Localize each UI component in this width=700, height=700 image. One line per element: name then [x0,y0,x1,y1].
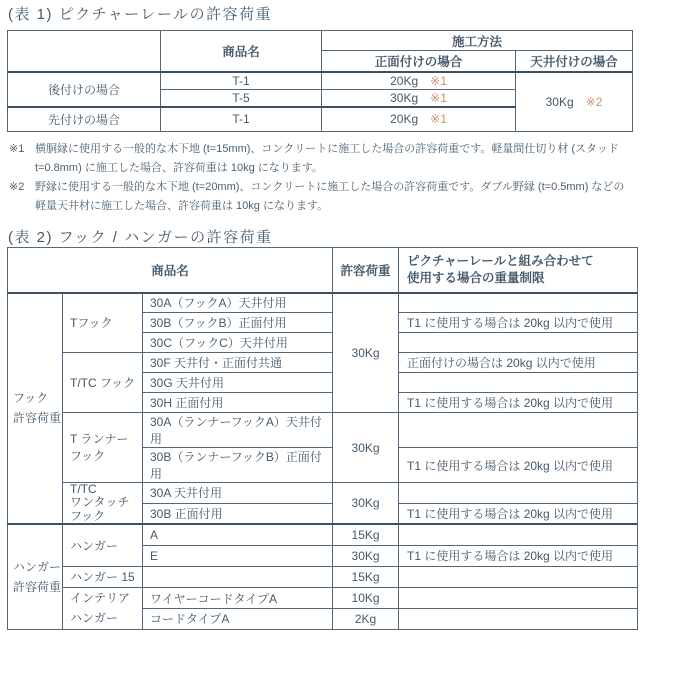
load-cell: 30Kg [333,545,399,566]
limit-cell [399,373,638,393]
limit-cell [399,566,638,587]
limit-cell: T1 に使用する場合は 20kg 以内で使用 [399,313,638,333]
subgroup-label: T/TC ワンタッチ フック [63,483,143,525]
footnote-ref: ※1 [430,112,447,126]
table1-product-cell: T-1 [161,72,322,90]
subgroup-label: Tフック [63,293,143,353]
product-cell: E [143,545,333,566]
product-cell: 30A 天井付用 [143,483,333,504]
limit-cell [399,587,638,608]
product-cell: 30G 天井付用 [143,373,333,393]
footnote-2: ※2 野縁に使用する一般的な木下地 (t=20mm)、コンクリートに施工した場合… [9,178,681,216]
product-cell: 30C（フックC）天井付用 [143,333,333,353]
product-cell [143,566,333,587]
table1-case-cell: 後付けの場合 [8,72,161,107]
footnote-text: 野縁に使用する一般的な木下地 (t=20mm)、コンクリートに施工した場合の許容… [35,178,681,216]
table2-title: (表 2) フック / ハンガーの許容荷重 [8,226,273,247]
limit-cell: T1 に使用する場合は 20kg 以内で使用 [399,393,638,413]
table2-limit-header: ピクチャーレールと組み合わせて 使用する場合の重量制限 [399,248,638,293]
limit-cell [399,524,638,545]
footnote-mark: ※2 [9,178,35,216]
table2-product-header: 商品名 [8,248,333,293]
product-cell: ワイヤーコードタイプA [143,587,333,608]
subgroup-label: T ランナー フック [63,413,143,483]
product-cell: 30A（フックA）天井付用 [143,293,333,313]
limit-cell: T1 に使用する場合は 20kg 以内で使用 [399,503,638,524]
footnote-1: ※1 横胴縁に使用する一般的な木下地 (t=15mm)、コンクリートに施工した場… [9,140,681,178]
table1-product-cell: T-1 [161,107,322,132]
product-cell: 30B（フックB）正面付用 [143,313,333,333]
hook-hanger-load-table: 商品名 許容荷重 ピクチャーレールと組み合わせて 使用する場合の重量制限 フック… [7,247,638,630]
limit-cell [399,413,638,448]
table1-front-value-cell: 30Kg ※1 [322,90,516,107]
limit-cell: T1 に使用する場合は 20kg 以内で使用 [399,545,638,566]
subgroup-label: ハンガー 15 [63,566,143,587]
product-cell: 30A（ランナーフックA）天井付用 [143,413,333,448]
table1-front-value-cell: 20Kg ※1 [322,107,516,132]
footnote-text: 横胴縁に使用する一般的な木下地 (t=15mm)、コンクリートに施工した場合の許… [35,140,681,178]
table1-case-cell: 先付けの場合 [8,107,161,132]
load-value: 20Kg [390,112,418,126]
load-value: 20Kg [390,74,418,88]
table1-front-value-cell: 20Kg ※1 [322,72,516,90]
product-cell: 30H 正面付用 [143,393,333,413]
product-cell: コードタイプA [143,609,333,629]
table1-product-cell: T-5 [161,90,322,107]
load-cell: 10Kg [333,587,399,608]
group-label-hanger: ハンガー 許容荷重 [8,524,63,629]
limit-cell [399,483,638,504]
limit-cell: 正面付けの場合は 20kg 以内で使用 [399,353,638,373]
footnote-ref: ※1 [430,91,447,105]
load-cell: 30Kg [333,413,399,483]
load-cell: 2Kg [333,609,399,629]
footnote-ref: ※2 [586,95,603,109]
footnote-ref: ※1 [430,74,447,88]
load-value: 30Kg [390,91,418,105]
footnote-mark: ※1 [9,140,35,178]
subgroup-label: ハンガー [63,524,143,566]
table1-title: (表 1) ピクチャーレールの許容荷重 [8,3,272,24]
product-cell: 30B（ランナーフックB）正面付用 [143,448,333,483]
load-cell: 30Kg [333,293,399,413]
table2-load-header: 許容荷重 [333,248,399,293]
product-cell: 30B 正面付用 [143,503,333,524]
picture-rail-load-table: 商品名 施工方法 正面付けの場合 天井付けの場合 後付けの場合 T-1 20Kg… [7,30,633,132]
limit-cell: T1 に使用する場合は 20kg 以内で使用 [399,448,638,483]
limit-cell [399,609,638,629]
load-cell: 15Kg [333,566,399,587]
group-label-hook: フック 許容荷重 [8,293,63,525]
table1-ceiling-value-cell: 30Kg ※2 [516,72,633,132]
table1-front-header: 正面付けの場合 [322,51,516,72]
subgroup-label: インテリア ハンガー [63,587,143,629]
table1-corner-cell [8,31,161,72]
table1-method-header: 施工方法 [322,31,633,51]
table1-product-header: 商品名 [161,31,322,72]
load-cell: 15Kg [333,524,399,545]
subgroup-label: T/TC フック [63,353,143,413]
limit-cell [399,293,638,313]
product-cell: A [143,524,333,545]
footnotes-block: ※1 横胴縁に使用する一般的な木下地 (t=15mm)、コンクリートに施工した場… [9,140,681,216]
load-cell: 30Kg [333,483,399,525]
limit-cell [399,333,638,353]
product-cell: 30F 天井付・正面付共通 [143,353,333,373]
load-value: 30Kg [546,95,574,109]
table1-ceiling-header: 天井付けの場合 [516,51,633,72]
